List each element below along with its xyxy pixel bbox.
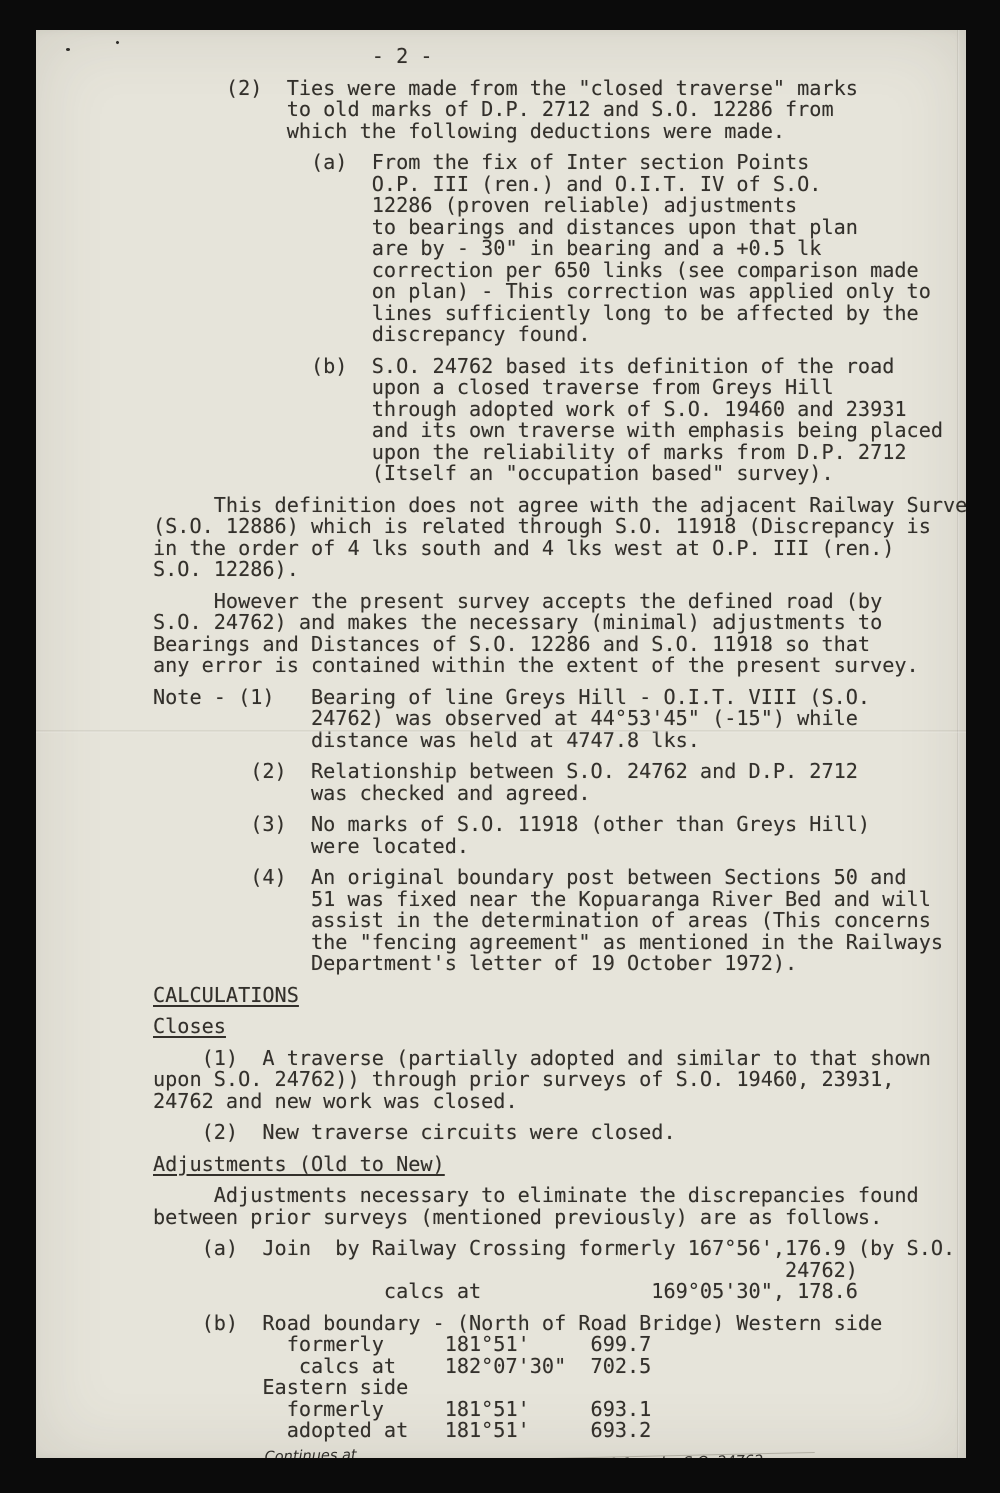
closes-item-1: (1) A traverse (partially adopted and si… bbox=[153, 1048, 963, 1113]
paragraph-however-adjustments: However the present survey accepts the d… bbox=[153, 591, 963, 677]
handwritten-formerly-value: 198.2 bbox=[590, 1456, 632, 1458]
note-3: (3) No marks of S.O. 11918 (other than G… bbox=[153, 814, 963, 857]
document-page: - 2 - (2) Ties were made from the "close… bbox=[36, 30, 966, 1458]
paragraph-definition-disagreement: This definition does not agree with the … bbox=[153, 495, 963, 581]
adjustment-b-road-boundary: (b) Road boundary - (North of Road Bridg… bbox=[153, 1313, 963, 1442]
scanned-document: - 2 - (2) Ties were made from the "close… bbox=[0, 0, 1000, 1493]
paragraph-ties: (2) Ties were made from the "closed trav… bbox=[153, 78, 963, 143]
note-1: Note - (1) Bearing of line Greys Hill - … bbox=[153, 687, 963, 752]
page-number: - 2 - bbox=[153, 46, 963, 68]
paper-speck bbox=[66, 48, 70, 51]
heading-adjustments-old-to-new: Adjustments (Old to New) bbox=[153, 1154, 963, 1176]
closes-item-2: (2) New traverse circuits were closed. bbox=[153, 1122, 963, 1144]
adjustment-a-railway-crossing: (a) Join by Railway Crossing formerly 16… bbox=[153, 1238, 963, 1303]
note-2: (2) Relationship between S.O. 24762 and … bbox=[153, 761, 963, 804]
paragraph-adjustments-intro: Adjustments necessary to eliminate the d… bbox=[153, 1185, 963, 1228]
deduction-a: (a) From the fix of Inter section Points… bbox=[153, 152, 963, 346]
typed-text-area: - 2 - (2) Ties were made from the "close… bbox=[153, 46, 963, 1458]
note-4: (4) An original boundary post between Se… bbox=[153, 867, 963, 975]
handwritten-continues-label: Continues at bbox=[264, 1447, 356, 1458]
heading-calculations: CALCULATIONS bbox=[153, 985, 963, 1007]
paper-speck bbox=[115, 40, 119, 44]
heading-closes: Closes bbox=[153, 1016, 963, 1038]
deduction-b: (b) S.O. 24762 based its definition of t… bbox=[153, 356, 963, 485]
